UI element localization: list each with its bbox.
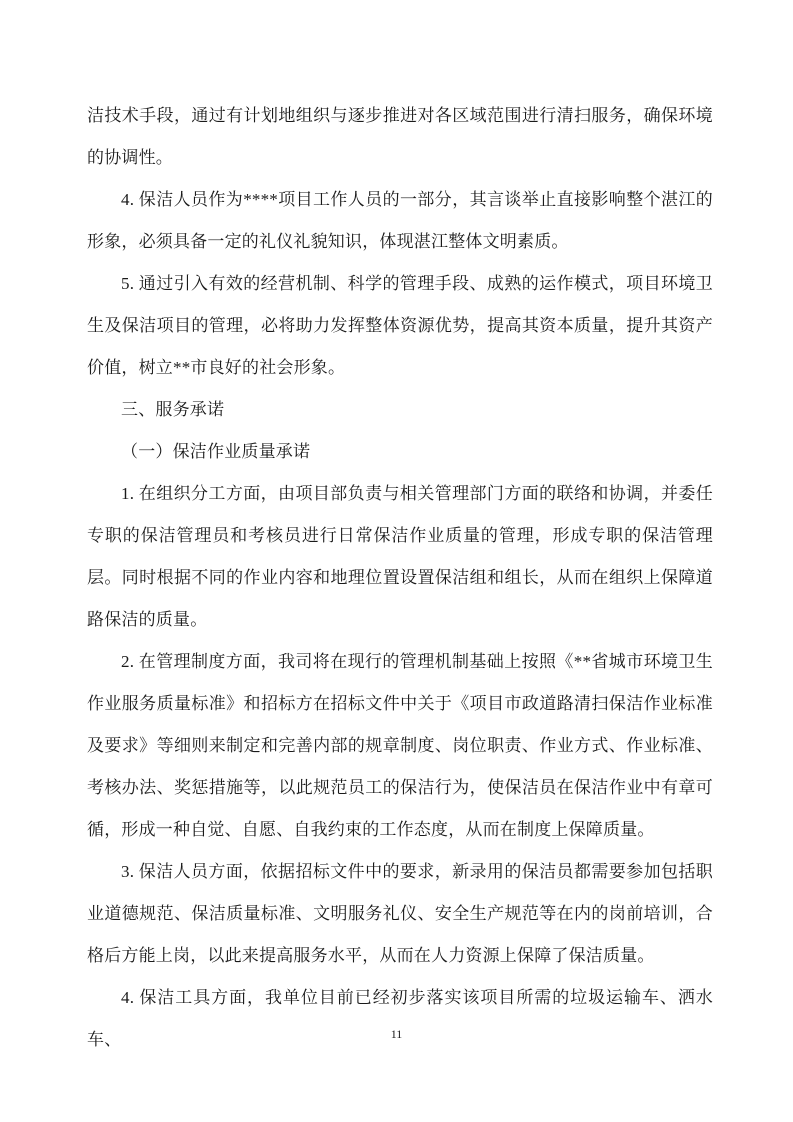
paragraph: 3. 保洁人员方面，依据招标文件中的要求，新录用的保洁员都需要参加包括职业道德规…: [87, 851, 713, 977]
paragraph: 洁技术手段，通过有计划地组织与逐步推进对各区域范围进行清扫服务，确保环境的协调性…: [87, 95, 713, 179]
paragraph: 4. 保洁人员作为****项目工作人员的一部分，其言谈举止直接影响整个湛江的形象…: [87, 179, 713, 263]
paragraph: 4. 保洁工具方面，我单位目前已经初步落实该项目所需的垃圾运输车、洒水车、: [87, 977, 713, 1061]
section-heading: 三、服务承诺: [87, 389, 713, 431]
paragraph: 1. 在组织分工方面，由项目部负责与相关管理部门方面的联络和协调，并委任专职的保…: [87, 473, 713, 641]
paragraph: 5. 通过引入有效的经营机制、科学的管理手段、成熟的运作模式，项目环境卫生及保洁…: [87, 263, 713, 389]
subsection-heading: （一）保洁作业质量承诺: [87, 431, 713, 473]
paragraph: 2. 在管理制度方面，我司将在现行的管理机制基础上按照《**省城市环境卫生作业服…: [87, 641, 713, 851]
page-body-text: 洁技术手段，通过有计划地组织与逐步推进对各区域范围进行清扫服务，确保环境的协调性…: [87, 95, 713, 1061]
document-page: 洁技术手段，通过有计划地组织与逐步推进对各区域范围进行清扫服务，确保环境的协调性…: [0, 0, 793, 1122]
page-number: 11: [0, 1026, 793, 1042]
